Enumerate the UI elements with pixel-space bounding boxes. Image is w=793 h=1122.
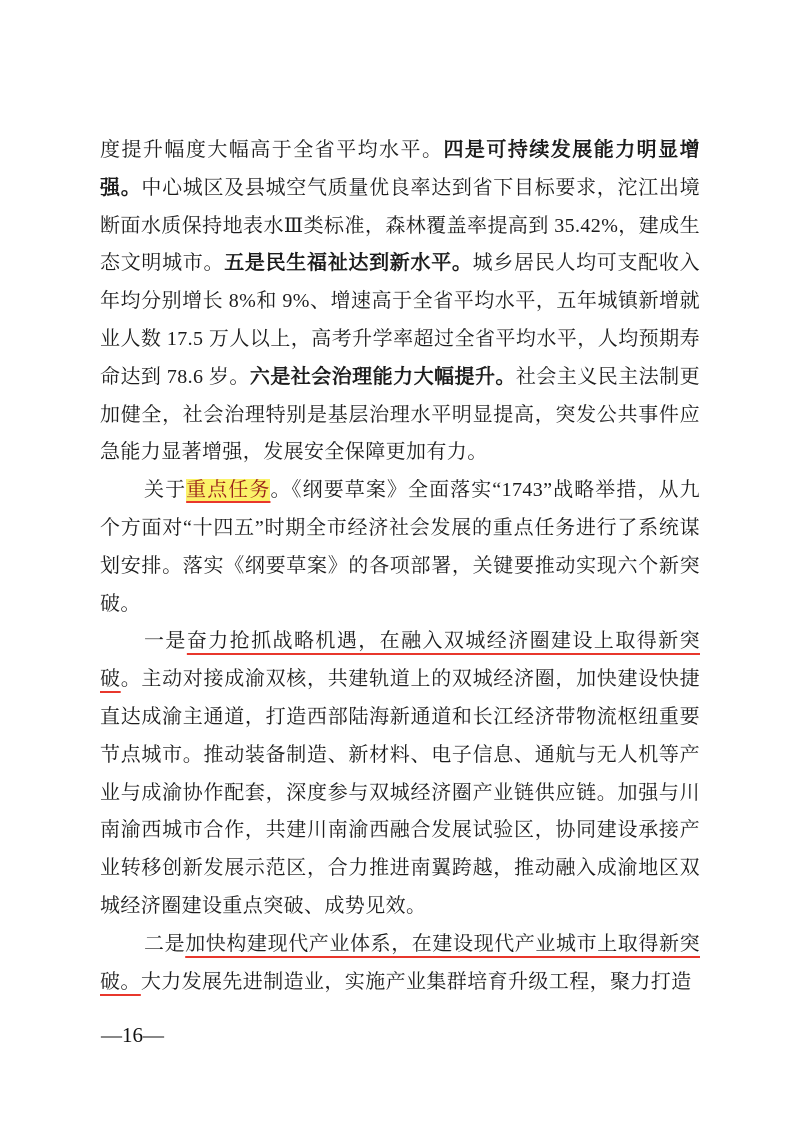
paragraph-achievements: 度提升幅度大幅高于全省平均水平。四是可持续发展能力明显增强。中心城区及县城空气质…	[100, 132, 700, 472]
bold-subheading-sixth: 六是社会治理能力大幅提升。	[250, 366, 516, 388]
body-text: 二是	[144, 933, 185, 955]
body-text: 度提升幅度大幅高于全省平均水平。	[100, 139, 443, 161]
highlighted-key-tasks-text: 重点任务	[186, 479, 270, 501]
paragraph-breakthrough-two: 二是加快构建现代产业体系，在建设现代产业城市上取得新突破。大力发展先进制造业，实…	[100, 926, 700, 1002]
body-text: 一是	[144, 630, 187, 652]
body-text: 。主动对接成渝双核，共建轨道上的双城经济圈，加快建设快捷直达成渝主通道，打造西部…	[100, 668, 700, 917]
body-text: 大力发展先进制造业，实施产业集群培育升级工程，聚力打造	[141, 971, 692, 993]
body-text: 关于	[144, 479, 186, 501]
document-page: 度提升幅度大幅高于全省平均水平。四是可持续发展能力明显增强。中心城区及县城空气质…	[0, 0, 793, 1122]
document-body: 度提升幅度大幅高于全省平均水平。四是可持续发展能力明显增强。中心城区及县城空气质…	[100, 132, 700, 1001]
page-number: —16—	[101, 1023, 164, 1048]
paragraph-key-tasks: 关于重点任务。《纲要草案》全面落实“1743”战略举措，从九个方面对“十四五”时…	[100, 472, 700, 623]
paragraph-breakthrough-one: 一是奋力抢抓战略机遇，在融入双城经济圈建设上取得新突破。主动对接成渝双核，共建轨…	[100, 623, 700, 925]
bold-subheading-fifth: 五是民生福祉达到新水平。	[224, 252, 472, 274]
